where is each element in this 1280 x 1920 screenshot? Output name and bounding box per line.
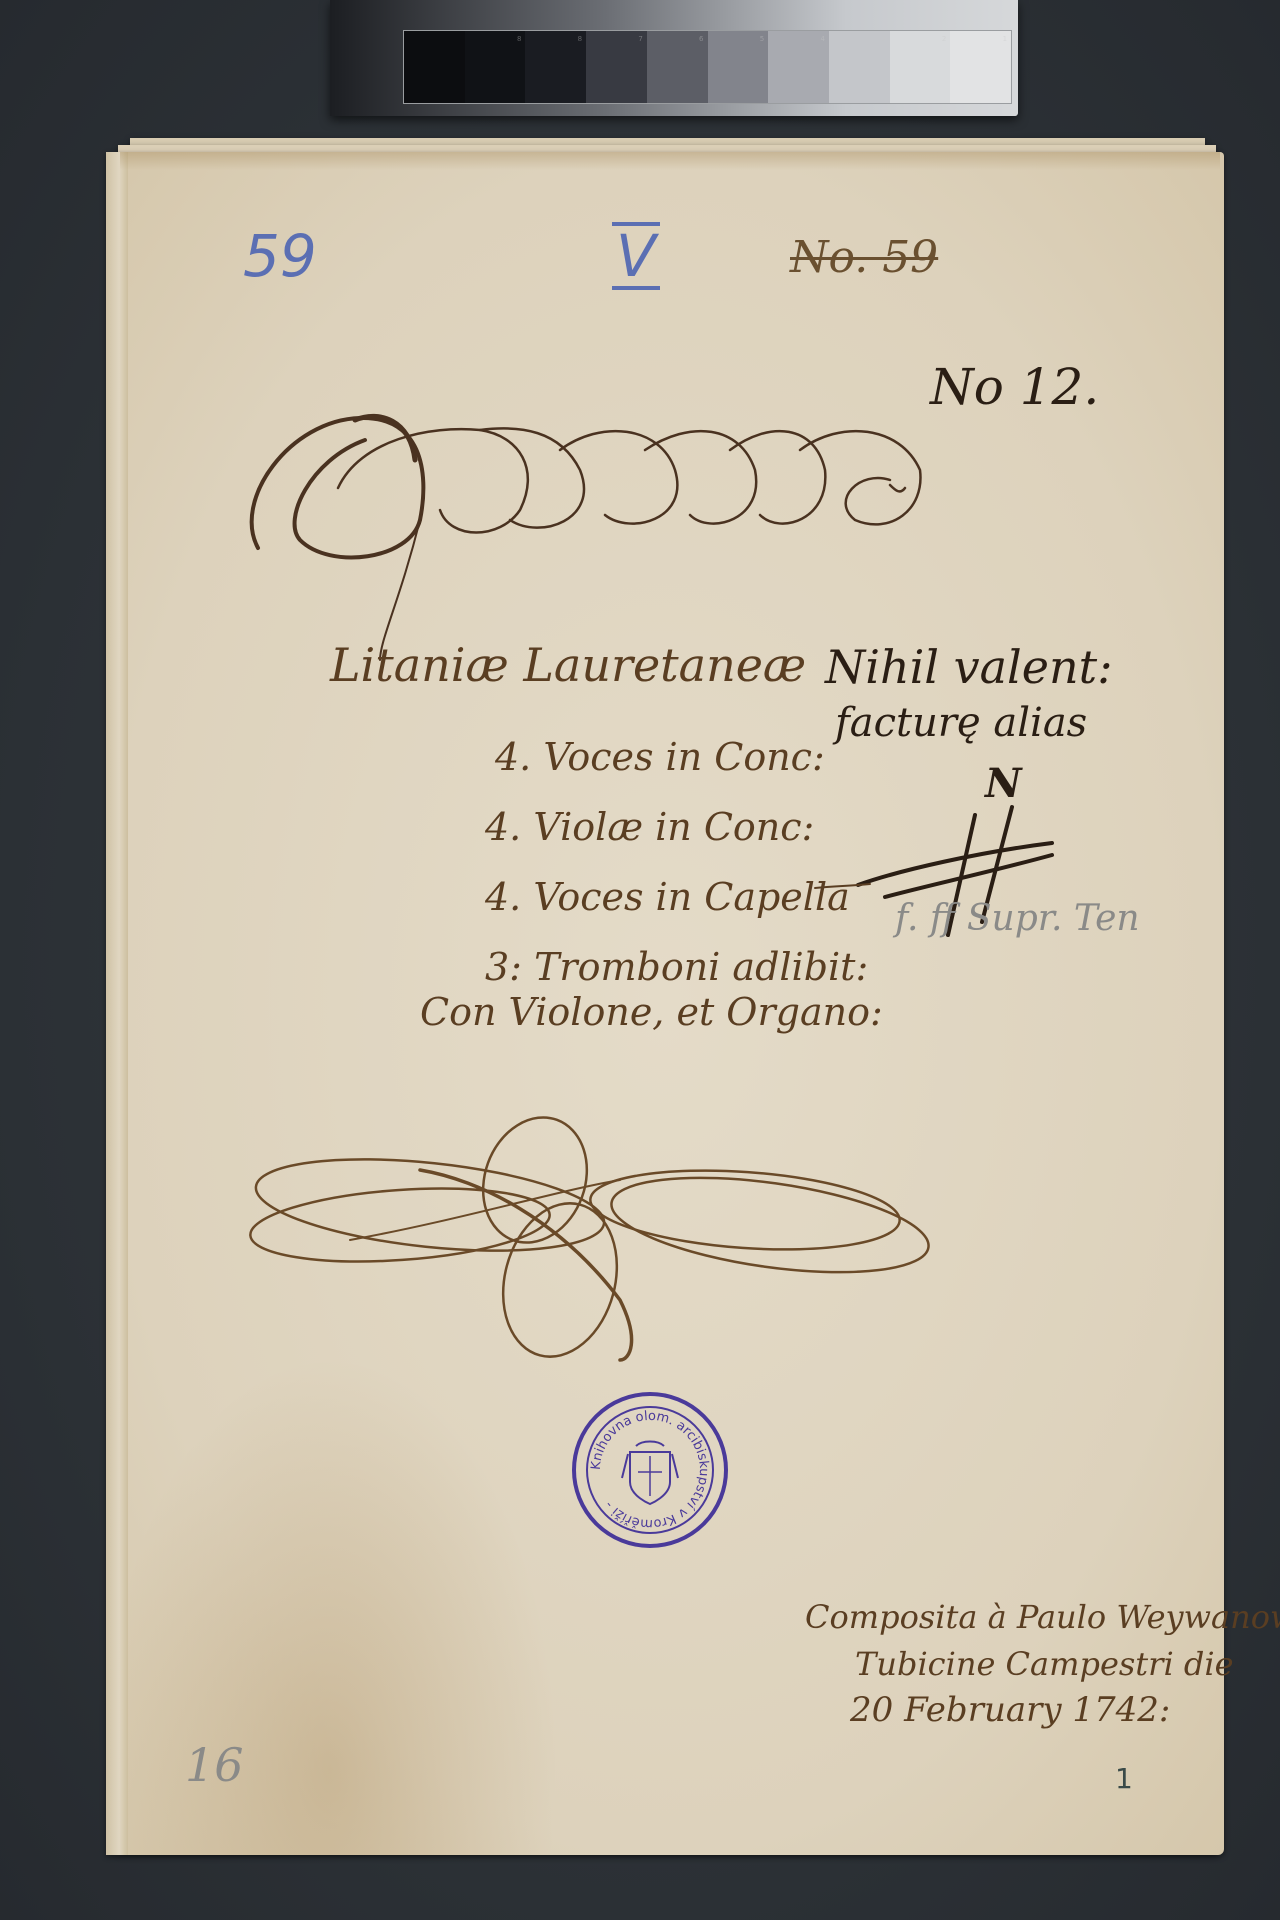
folio-number: 1 bbox=[1115, 1762, 1133, 1795]
stamp-coat-of-arms-icon: Knihovna olom. arcibiskupství v Kroměříž… bbox=[576, 1396, 724, 1544]
attribution-date: 20 February 1742: bbox=[850, 1690, 1170, 1730]
attribution-line: Composita à Paulo Weywanowsky bbox=[805, 1598, 1280, 1636]
attribution-line: Tubicine Campestri die bbox=[855, 1645, 1234, 1683]
library-stamp: Knihovna olom. arcibiskupství v Kroměříž… bbox=[572, 1392, 728, 1548]
pencil-folio-number: 16 bbox=[185, 1738, 244, 1792]
